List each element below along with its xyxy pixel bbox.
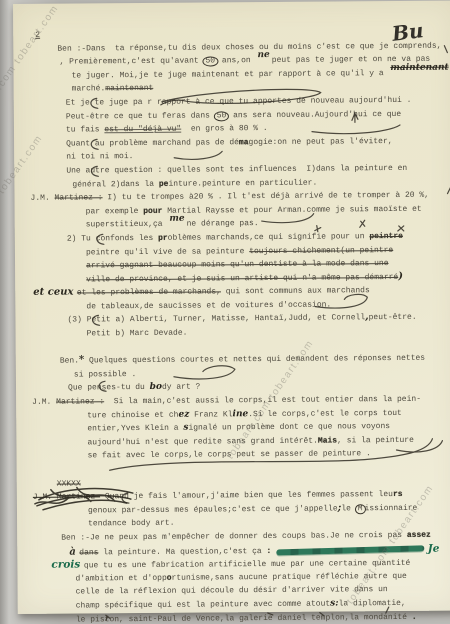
struck-text: ville de province, et je suis un artiste… [86, 273, 398, 284]
handwritten-insertion: me [169, 214, 184, 224]
scribbled-speaker-label: J.M. Martinez [33, 493, 100, 503]
overtyped-text: pour [143, 207, 162, 216]
speaker-label: Ben. [60, 357, 79, 366]
typed-text: .Si le corps,c'est le corps tout [248, 409, 402, 419]
struck-text: XXKXX [57, 479, 81, 488]
green-ink-note: Je [424, 542, 439, 554]
handwritten-struck-insertion: maintenant [390, 62, 448, 72]
typed-text: tu fais [66, 125, 104, 134]
typed-text: Que penses-tu du [68, 383, 150, 393]
typed-text: (3) Petit a) Alberti, Turner, Matisse, H… [67, 314, 365, 325]
struck-text: arrivé gagnant beaucoup moins qu'un dent… [86, 259, 389, 270]
typed-text: ignalé un problème dont ce que nous voyo… [188, 422, 390, 433]
typed-text: le piston, saint-Paul de Vence,la galeri… [76, 612, 412, 624]
typed-text: peintre qu'il vive de sa peinture [86, 247, 249, 257]
typed-text: d'ambition et d'opp [75, 574, 166, 584]
struck-underlined-text: est du "déjà vu" [104, 125, 181, 135]
typed-text: , si la peinture [337, 436, 414, 446]
struck-text: maintenant [105, 84, 153, 93]
typed-text: Quant au problème marchand pas de dé [66, 138, 239, 148]
typed-text: ni toi ni moi. [66, 152, 133, 162]
struck-text: Martinez : [55, 193, 103, 202]
struck-text: peintre [369, 232, 403, 241]
struck-text: Martinez : [56, 397, 104, 406]
illegible-green-struck-text [276, 545, 424, 555]
handwritten-insertion: ne [257, 50, 269, 60]
scanned-document-page: 2Ben :-Dans ta réponse,tu dis deux chose… [0, 0, 450, 624]
typed-text: entier,Yves Klein a [87, 424, 183, 434]
typed-text: la peinture. Ma question,c'est ça [98, 547, 266, 557]
struck-text: et les problèmes de marchands, [77, 288, 221, 298]
struck-text: toujours chichement(un peintre [249, 246, 393, 256]
speaker-label: J.M. [30, 194, 54, 203]
pen-overwrite: s: [330, 598, 338, 608]
typed-text: ans sera nouveau.Aujourd'hui ce que [228, 110, 401, 120]
typed-text: Petit b) Marc Devade. [87, 329, 188, 339]
typed-text: Ben :-Dans ta réponse,tu dis deux choses… [57, 41, 441, 53]
overtyped-text: pe [159, 179, 169, 188]
typed-line: le piston, saint-Paul de Vence,la galeri… [76, 611, 450, 624]
speaker-label: J.M. [32, 398, 56, 407]
typed-text: marché. [72, 85, 106, 94]
typed-text: qui sont communs aux marchands [221, 286, 370, 296]
typed-lines: 2Ben :-Dans ta réponse,tu dis deux chose… [13, 27, 450, 624]
struck-text: dans [79, 548, 98, 557]
typed-text: en gros à 80 % . [181, 124, 267, 134]
typed-text: Ben :-Je ne peux pas m'empêcher de donne… [61, 531, 407, 543]
typed-text: par exemple [86, 207, 144, 216]
typed-text: ture chinoise et ch [87, 410, 178, 420]
typed-text: général 2)dans la [72, 179, 158, 189]
pen-overwrite: ine [232, 409, 248, 419]
paper-sheet: 2Ben :-Dans ta réponse,tu dis deux chose… [13, 1, 450, 614]
typed-text: oblèmes marchands,ce qui signifie pour u… [168, 232, 370, 243]
pen-overwrite: ez [178, 409, 189, 419]
typed-text: dy art ? [162, 383, 200, 392]
overtyped-text: pr [158, 234, 168, 243]
handwritten-corner-mark: Bu [391, 18, 425, 46]
typed-text: Quand je fais l'amour,j'aime bien que le… [100, 490, 393, 501]
typed-text: celle de la réflexion qui découle du dés… [76, 585, 388, 596]
typed-text: inture.peinture en particulier. [168, 178, 317, 188]
typed-text: aujourd'hui n'est que redite sans grand … [87, 436, 318, 447]
handwritten-note: à [69, 546, 79, 557]
typed-text: I) tu te trompes à20 % . Il t'est déjà a… [103, 191, 430, 203]
overtyped-text: . [412, 612, 417, 621]
typed-text: le [341, 504, 355, 513]
overtyped-text: assez [407, 531, 431, 540]
overtyped-text: rs [393, 490, 403, 499]
typed-text: peut-être. [369, 313, 417, 322]
typed-text: ne dérange pas. [187, 219, 259, 229]
typed-text: te juger. Moi,je te juge maintenant et p… [72, 69, 389, 80]
typed-text: superstitieux,ça [86, 220, 168, 230]
margin-note: et ceux [33, 287, 77, 298]
typed-text: gogie:on ne peut pas l'éviter, [248, 137, 392, 147]
pen-overwrite: bo [150, 382, 162, 392]
handwritten-note: ) [398, 271, 403, 282]
typed-text: que tu es une fabrication artificielle m… [84, 559, 411, 571]
typed-text: Franz Kl [189, 410, 232, 419]
typed-text: champ spécifique qui est la peinture ave… [76, 599, 331, 610]
typed-text: Une autre question : quelles sont tes in… [66, 164, 407, 176]
overtyped-text: Mais [318, 436, 337, 445]
typed-text: Peut-être ce que tu feras dans [66, 111, 215, 121]
typed-text: ans,on [217, 56, 255, 65]
typed-text: Et je te juge pa r rapport à ce que tu a… [66, 96, 412, 108]
typed-text: 2) Tu confonds les [67, 234, 158, 244]
typed-text: de tableaux,de saucisses et de voitures … [86, 300, 331, 311]
typed-text: , Premièrement,c'est qu'avant [59, 57, 203, 67]
circled-text: 50 [202, 57, 218, 67]
typed-text: Martial Raysse et pour Arman.comme je su… [162, 205, 421, 216]
typed-text: si possible . [74, 370, 136, 379]
typed-text: genoux par-dessus mes épaules;c'est ce q… [88, 504, 338, 515]
margin-note-green: crois [51, 559, 84, 571]
typed-text: tendance body art. [88, 519, 174, 529]
typed-text: Quelques questions courtes et nettes qui… [84, 354, 425, 366]
